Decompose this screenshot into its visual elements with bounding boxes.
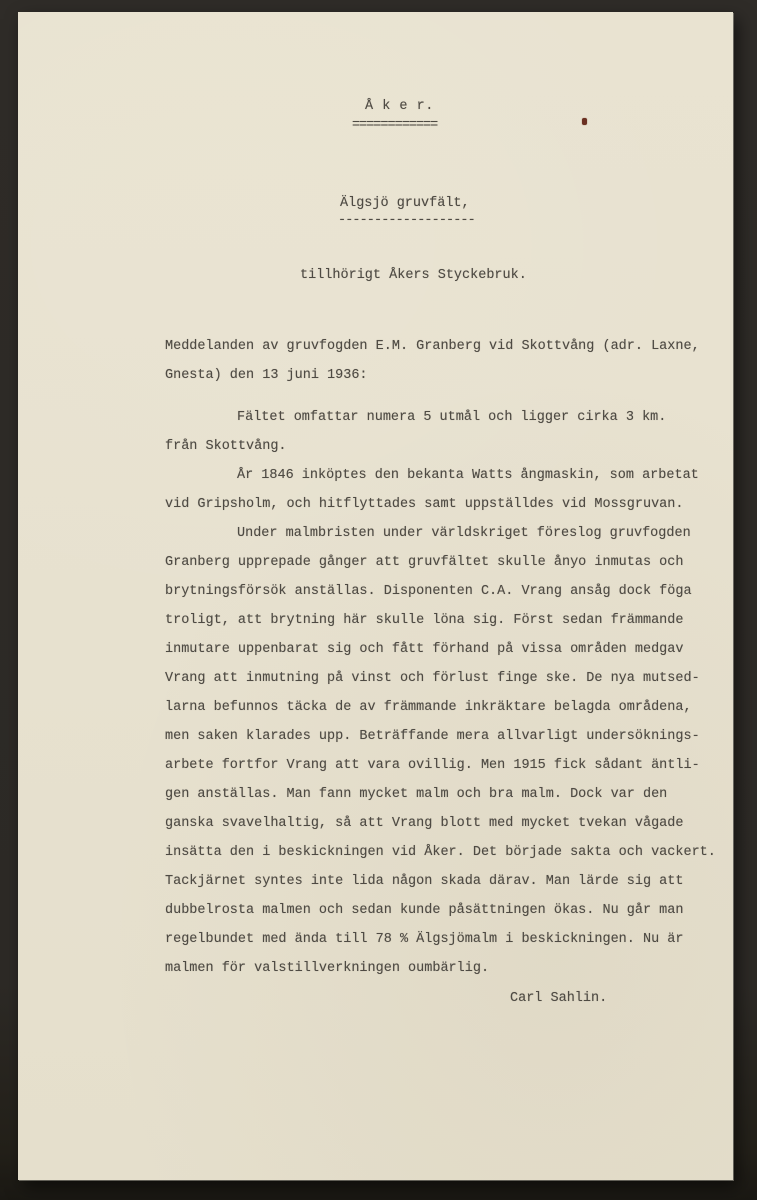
text-line: men saken klarades upp. Beträffande mera…: [165, 722, 730, 751]
text-line: larna befunnos täcka de av främmande ink…: [165, 693, 730, 722]
text-line: Fältet omfattar numera 5 utmål och ligge…: [165, 403, 730, 432]
text-line: malmen för valstillverkningen oumbärlig.: [165, 954, 730, 983]
ink-speck: [582, 118, 587, 125]
text-line: Under malmbristen under världskriget för…: [165, 519, 730, 548]
text-line: gen anställas. Man fann mycket malm och …: [165, 780, 730, 809]
page-title-underline: ============: [352, 111, 437, 140]
text-line: från Skottvång.: [165, 432, 730, 461]
text-line: ganska svavelhaltig, så att Vrang blott …: [165, 809, 730, 838]
subject-subheading: tillhörigt Åkers Styckebruk.: [300, 261, 527, 290]
text-line: insätta den i beskickningen vid Åker. De…: [165, 838, 730, 867]
text-line: Tackjärnet syntes inte lida någon skada …: [165, 867, 730, 896]
text-line: regelbundet med ända till 78 % Älgsjömal…: [165, 925, 730, 954]
text-line: arbete fortfor Vrang att vara ovillig. M…: [165, 751, 730, 780]
text-line: vid Gripsholm, och hitflyttades samt upp…: [165, 490, 730, 519]
text-line: inmutare uppenbarat sig och fått förhand…: [165, 635, 730, 664]
text-line: Vrang att inmutning på vinst och förlust…: [165, 664, 730, 693]
text-line: Gnesta) den 13 juni 1936:: [165, 361, 730, 390]
text-line: År 1846 inköptes den bekanta Watts ångma…: [165, 461, 730, 490]
text-line: Meddelanden av gruvfogden E.M. Granberg …: [165, 332, 730, 361]
letter-body: Meddelanden av gruvfogden E.M. Granberg …: [165, 332, 730, 983]
text-line: troligt, att brytning här skulle löna si…: [165, 606, 730, 635]
signature: Carl Sahlin.: [510, 984, 607, 1013]
scan-background: Å k e r. ============ Älgsjö gruvfält, -…: [0, 0, 757, 1200]
text-line: brytningsförsök anställas. Disponenten C…: [165, 577, 730, 606]
document-page: Å k e r. ============ Älgsjö gruvfält, -…: [18, 12, 733, 1180]
text-line: Granberg upprepade gånger att gruvfältet…: [165, 548, 730, 577]
text-line: dubbelrosta malmen och sedan kunde påsät…: [165, 896, 730, 925]
subject-heading-underline: -------------------: [338, 206, 475, 235]
